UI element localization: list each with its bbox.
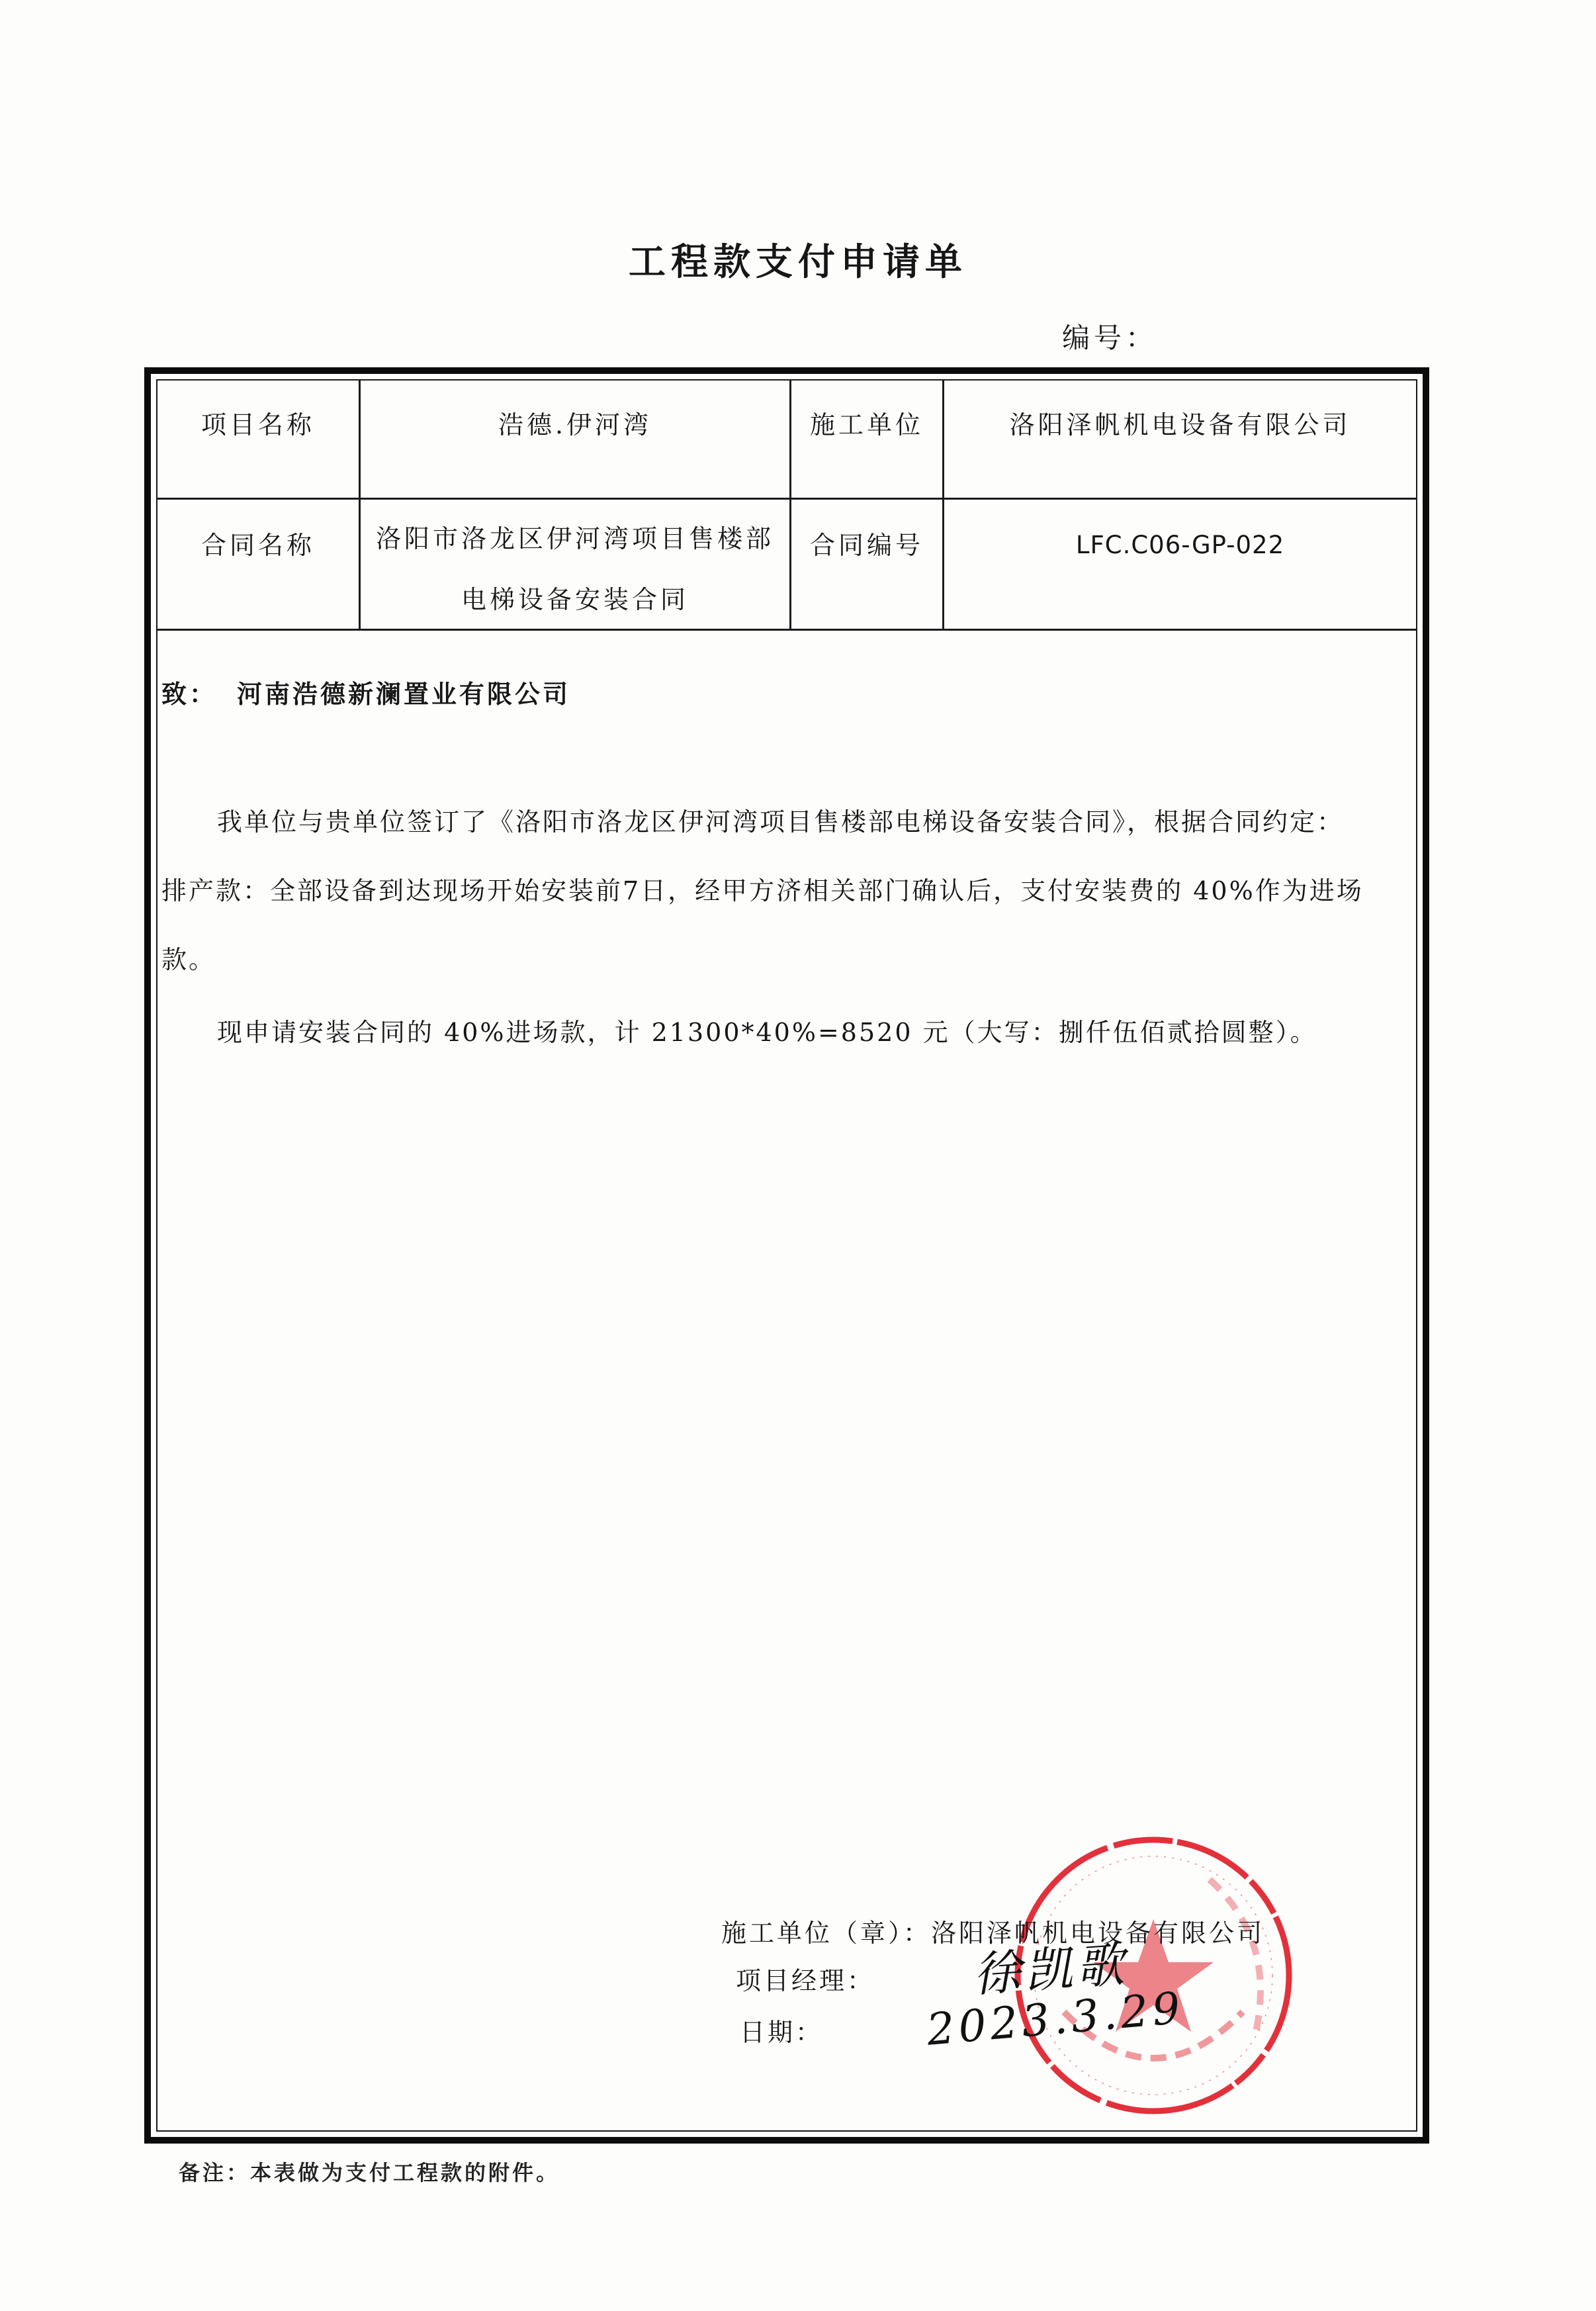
value-contract-name-line1: 洛阳市洛龙区伊河湾项目售楼部 bbox=[376, 508, 774, 569]
construction-unit-seal-label: 施工单位（章）： bbox=[721, 1919, 931, 1948]
addressee-name: 河南浩德新澜置业有限公司 bbox=[237, 679, 570, 709]
value-project-name-text: 浩德.伊河湾 bbox=[498, 396, 652, 454]
footnote-remark: 备注：本表做为支付工程款的附件。 bbox=[179, 2156, 560, 2187]
body-paragraph-1-line-2: 排产款：全部设备到达现场开始安装前7日，经甲方济相关部门确认后，支付安装费的 4… bbox=[161, 856, 1405, 925]
table-divider-row-1 bbox=[157, 498, 1416, 500]
value-contract-number-text: LFC.C06-GP-022 bbox=[1076, 516, 1284, 574]
value-contract-name: 洛阳市洛龙区伊河湾项目售楼部 电梯设备安装合同 bbox=[361, 508, 789, 630]
date-label: 日期： bbox=[740, 2018, 823, 2047]
value-project-name: 浩德.伊河湾 bbox=[361, 396, 789, 454]
body-paragraph-1-line-3: 款。 bbox=[161, 925, 1405, 994]
addressee-label: 致： bbox=[161, 679, 217, 709]
label-construction-unit-text: 施工单位 bbox=[810, 396, 924, 454]
document-title: 工程款支付申请单 bbox=[0, 233, 1596, 286]
label-project-name: 项目名称 bbox=[157, 396, 359, 454]
label-contract-number: 合同编号 bbox=[791, 516, 942, 574]
addressee-line: 致：河南浩德新澜置业有限公司 bbox=[161, 674, 570, 710]
label-contract-number-text: 合同编号 bbox=[810, 516, 924, 574]
label-contract-name: 合同名称 bbox=[157, 516, 359, 574]
application-body: 我单位与贵单位签订了《洛阳市洛龙区伊河湾项目售楼部电梯设备安装合同》，根据合同约… bbox=[161, 788, 1405, 1067]
project-manager-line: 项目经理： bbox=[736, 1960, 875, 1997]
value-contract-name-line2: 电梯设备安装合同 bbox=[461, 569, 689, 630]
label-contract-name-text: 合同名称 bbox=[201, 516, 315, 574]
value-construction-unit: 洛阳泽帆机电设备有限公司 bbox=[944, 396, 1416, 454]
body-paragraph-2: 现申请安装合同的 40%进场款，计 21300*40%=8520 元（大写：捌仟… bbox=[161, 998, 1405, 1067]
label-construction-unit: 施工单位 bbox=[791, 396, 942, 454]
value-construction-unit-text: 洛阳泽帆机电设备有限公司 bbox=[1009, 396, 1351, 454]
body-paragraph-1-line-1: 我单位与贵单位签订了《洛阳市洛龙区伊河湾项目售楼部电梯设备安装合同》，根据合同约… bbox=[161, 788, 1405, 856]
project-manager-label: 项目经理： bbox=[736, 1966, 875, 1995]
inner-frame bbox=[156, 379, 1417, 2132]
serial-number-label: 编号： bbox=[1062, 316, 1157, 356]
value-contract-number: LFC.C06-GP-022 bbox=[944, 516, 1416, 574]
date-line: 日期： bbox=[740, 2012, 823, 2048]
label-project-name-text: 项目名称 bbox=[201, 396, 315, 454]
